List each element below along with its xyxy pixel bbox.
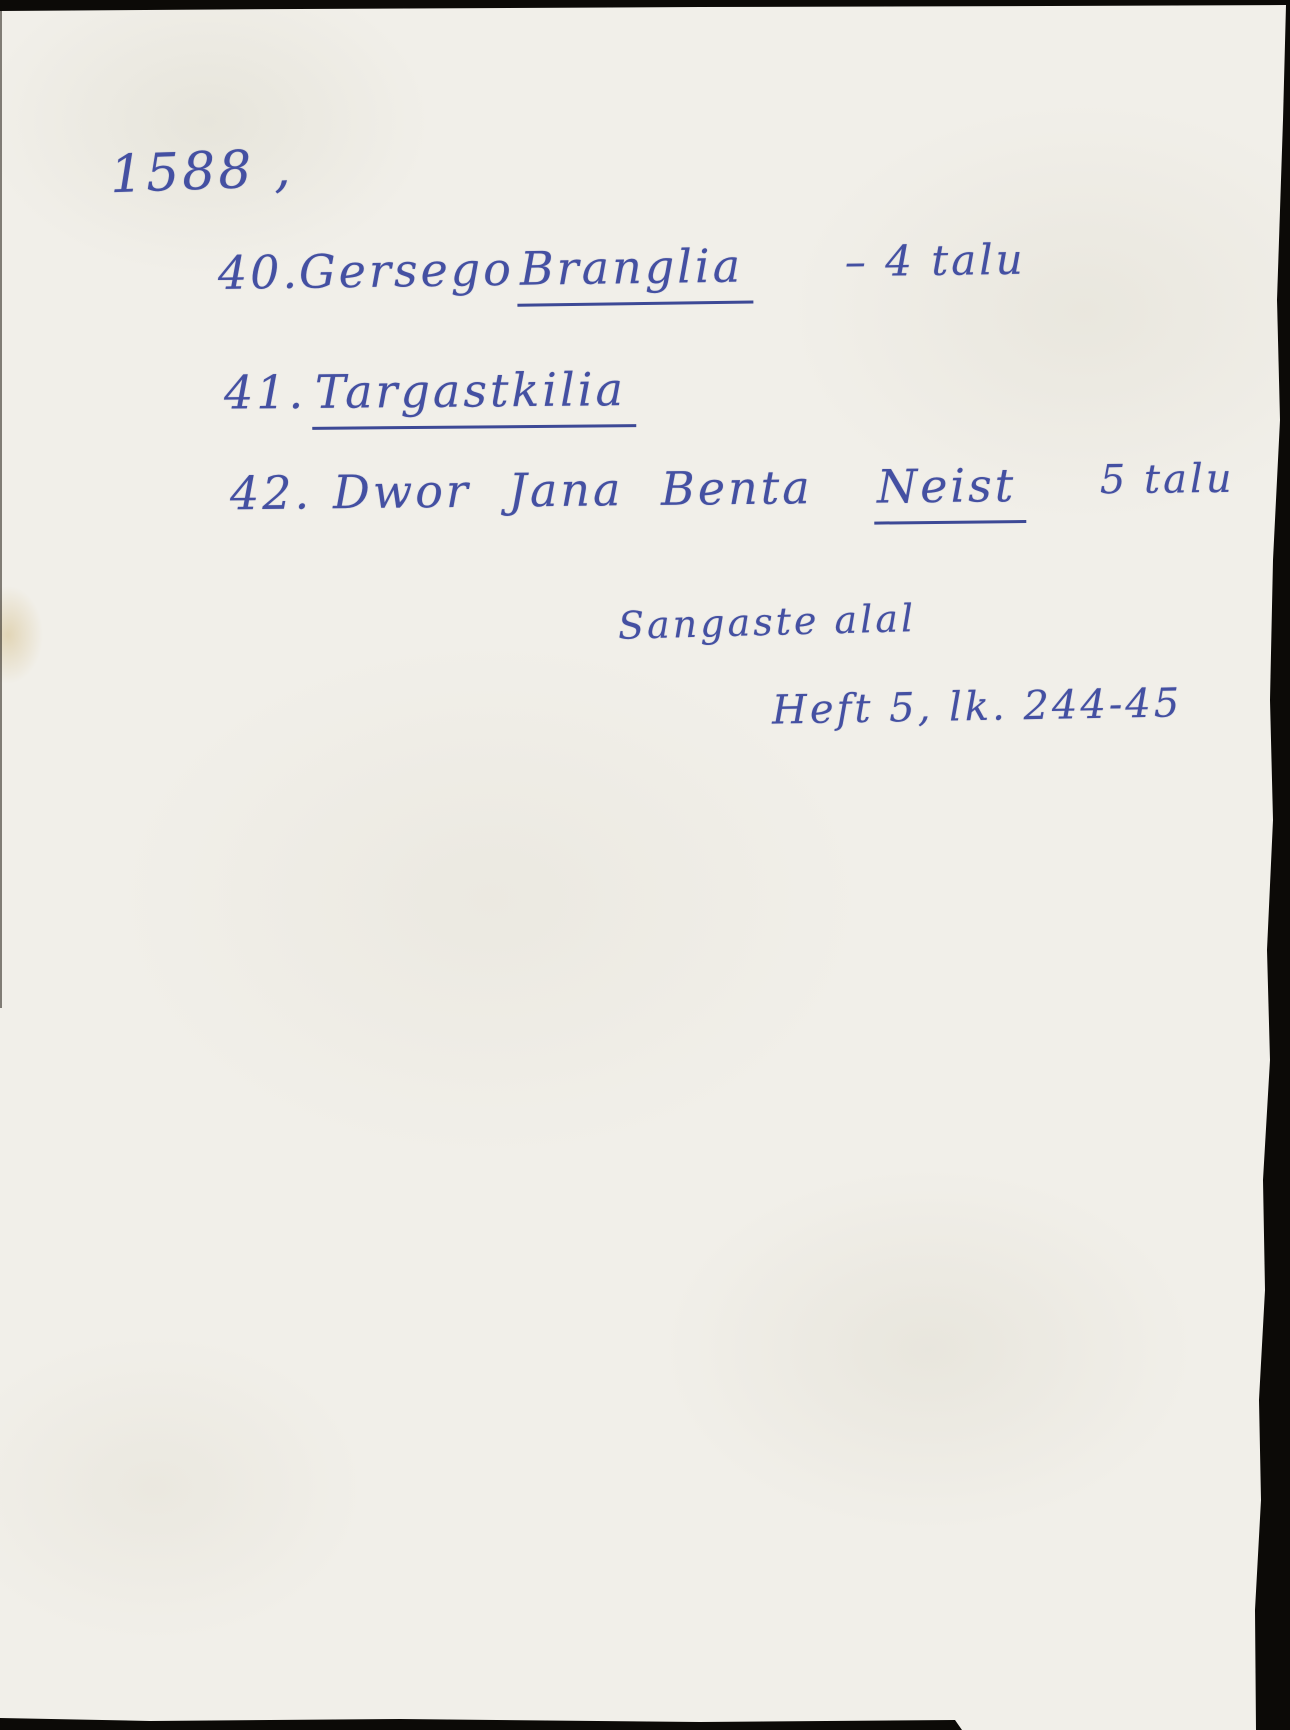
reference-note: Heft 5, lk. 244-45 xyxy=(772,680,1183,733)
entry-line-41: 41. Targastkilia xyxy=(0,356,1290,437)
paper-sheet: 1588 , 40. Gersego Branglia – 4 talu 41.… xyxy=(0,0,1290,1730)
scanned-document: 1588 , 40. Gersego Branglia – 4 talu 41.… xyxy=(0,0,1290,1730)
region-note: Sangaste alal xyxy=(617,596,916,648)
entry-name-underlined: Branglia xyxy=(517,238,754,306)
entry-name-underlined: Targastkilia xyxy=(312,362,636,430)
entry-line-40: 40. Gersego Branglia – 4 talu xyxy=(0,231,1290,319)
entry-name: Gersego xyxy=(299,242,515,299)
entry-name: Dwor Jana Benta xyxy=(333,460,813,519)
entry-number: 40. xyxy=(218,245,301,300)
entry-name-underlined: Neist xyxy=(874,458,1027,525)
year-heading: 1588 , xyxy=(109,139,294,205)
entry-line-42: 42. Dwor Jana Benta Neist 5 talu xyxy=(0,455,1290,539)
entry-note: – 4 talu xyxy=(844,235,1025,287)
entry-number: 42. xyxy=(230,465,313,520)
scan-edge-shadow xyxy=(0,8,2,1008)
entry-note: 5 talu xyxy=(1100,456,1235,503)
entry-number: 41. xyxy=(224,365,307,420)
